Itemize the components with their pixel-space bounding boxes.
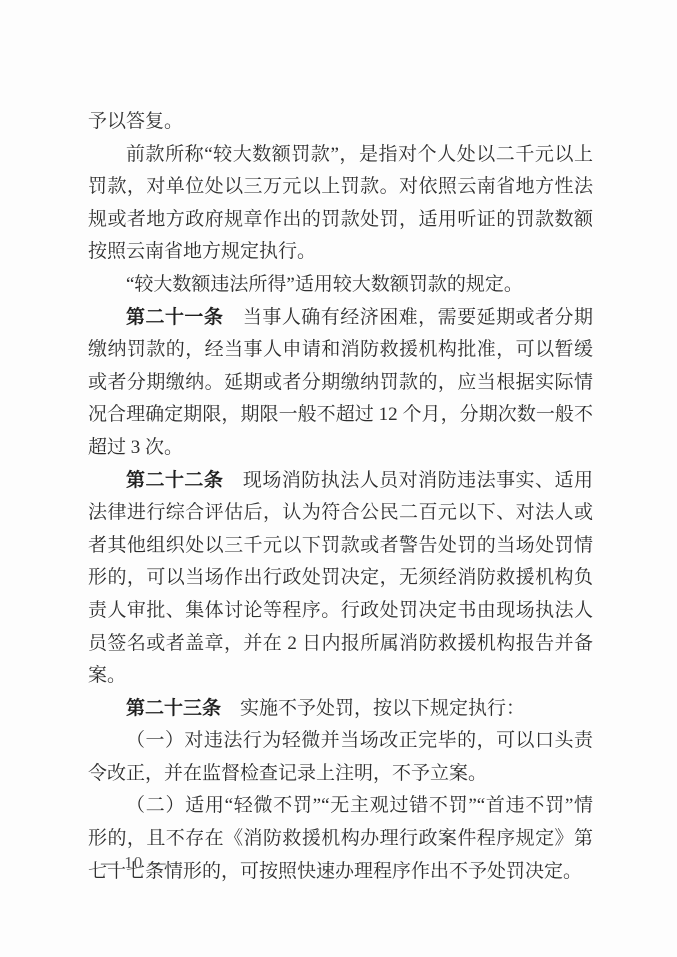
paragraph-text: 现场消防执法人员对消防违法事实、适用法律进行综合评估后，认为符合公民二百元以下、… — [88, 470, 593, 687]
paragraph: 第二十二条 现场消防执法人员对消防违法事实、适用法律进行综合评估后，认为符合公民… — [88, 465, 593, 693]
paragraph-text: 前款所称“较大数额罚款”，是指对个人处以二千元以上罚款，对单位处以三万元以上罚款… — [88, 144, 593, 263]
paragraph-text: 实施不予处罚，按以下规定执行： — [221, 698, 525, 719]
paragraph: （一）对违法行为轻微并当场改正完毕的，可以口头责令改正，并在监督检查记录上注明，… — [88, 725, 593, 790]
paragraph-text: 予以答复。 — [88, 111, 183, 132]
page-number-text: — 10 — — [101, 853, 167, 872]
paragraph: 第二十一条 当事人确有经济困难，需要延期或者分期缴纳罚款的，经当事人申请和消防救… — [88, 302, 593, 465]
paragraph: 第二十三条 实施不予处罚，按以下规定执行： — [88, 693, 593, 726]
page-number: — 10 — — [101, 852, 167, 874]
document-page: 予以答复。前款所称“较大数额罚款”，是指对个人处以二千元以上罚款，对单位处以三万… — [0, 0, 677, 957]
paragraph-text: 当事人确有经济困难，需要延期或者分期缴纳罚款的，经当事人申请和消防救援机构批准，… — [88, 307, 593, 458]
article-number: 第二十二条 — [126, 470, 223, 491]
article-number: 第二十一条 — [126, 307, 223, 328]
paragraph: 前款所称“较大数额罚款”，是指对个人处以二千元以上罚款，对单位处以三万元以上罚款… — [88, 139, 593, 269]
paragraph: “较大数额违法所得”适用较大数额罚款的规定。 — [88, 269, 593, 302]
paragraph-text: （一）对违法行为轻微并当场改正完毕的，可以口头责令改正，并在监督检查记录上注明，… — [88, 730, 593, 784]
paragraph-text: “较大数额违法所得”适用较大数额罚款的规定。 — [126, 274, 523, 295]
document-body: 予以答复。前款所称“较大数额罚款”，是指对个人处以二千元以上罚款，对单位处以三万… — [88, 106, 593, 888]
article-number: 第二十三条 — [126, 698, 221, 719]
paragraph: 予以答复。 — [88, 106, 593, 139]
